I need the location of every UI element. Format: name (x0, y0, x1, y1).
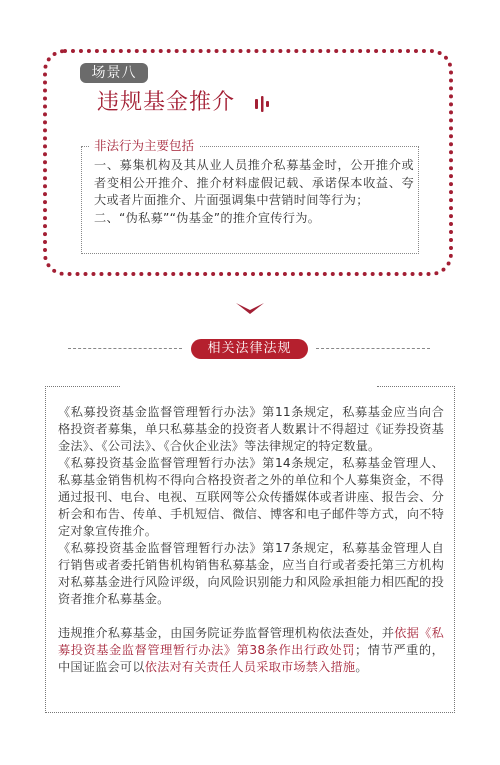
violations-box-top-border (81, 146, 89, 147)
violations-list: 一、募集机构及其从业人员推介私募基金时，公开推介或者变相公开推介、推介材料虚假记… (94, 157, 414, 227)
chevron-down-icon (235, 302, 265, 316)
violations-box-top-border (200, 146, 419, 147)
section-title: 相关法律法规 (191, 339, 308, 359)
violation-item: 一、募集机构及其从业人员推介私募基金时，公开推介或者变相公开推介、推介材料虚假记… (94, 157, 414, 210)
legal-text: 《私募投资基金监督管理暂行办法》第11条规定，私募基金应当向合格投资者募集，单只… (58, 404, 444, 676)
violation-item: 二、“伪私募”“伪基金”的推介宣传行为。 (94, 210, 414, 228)
legal-box-top-border (377, 386, 455, 387)
scenario-badge: 场景八 (80, 63, 148, 83)
sound-wave-icon (253, 96, 273, 112)
violations-heading: 非法行为主要包括 (92, 138, 196, 154)
legal-paragraph-article-17: 《私募投资基金监督管理暂行办法》第17条规定，私募基金管理人自行销售或者委托销售… (58, 540, 444, 608)
paragraph-gap (58, 608, 444, 625)
penalty-text: 违规推介私募基金，由国务院证券监督管理机构依法查处，并 (58, 626, 394, 640)
penalty-text: 。 (355, 660, 367, 674)
penalty-paragraph: 违规推介私募基金，由国务院证券监督管理机构依法查处，并依据《私募投资基金监督管理… (58, 625, 444, 676)
section-divider-left (68, 348, 182, 349)
legal-box-top-border (45, 386, 120, 387)
legal-paragraph-article-14: 《私募投资基金监督管理暂行办法》第14条规定，私募基金管理人、私募基金销售机构不… (58, 455, 444, 540)
penalty-highlight-market-ban: 依法对有关责任人员采取市场禁入措施 (145, 660, 356, 674)
legal-paragraph-article-11: 《私募投资基金监督管理暂行办法》第11条规定，私募基金应当向合格投资者募集，单只… (58, 404, 444, 455)
section-divider-right (316, 348, 430, 349)
scenario-title: 违规基金推介 (97, 89, 235, 117)
